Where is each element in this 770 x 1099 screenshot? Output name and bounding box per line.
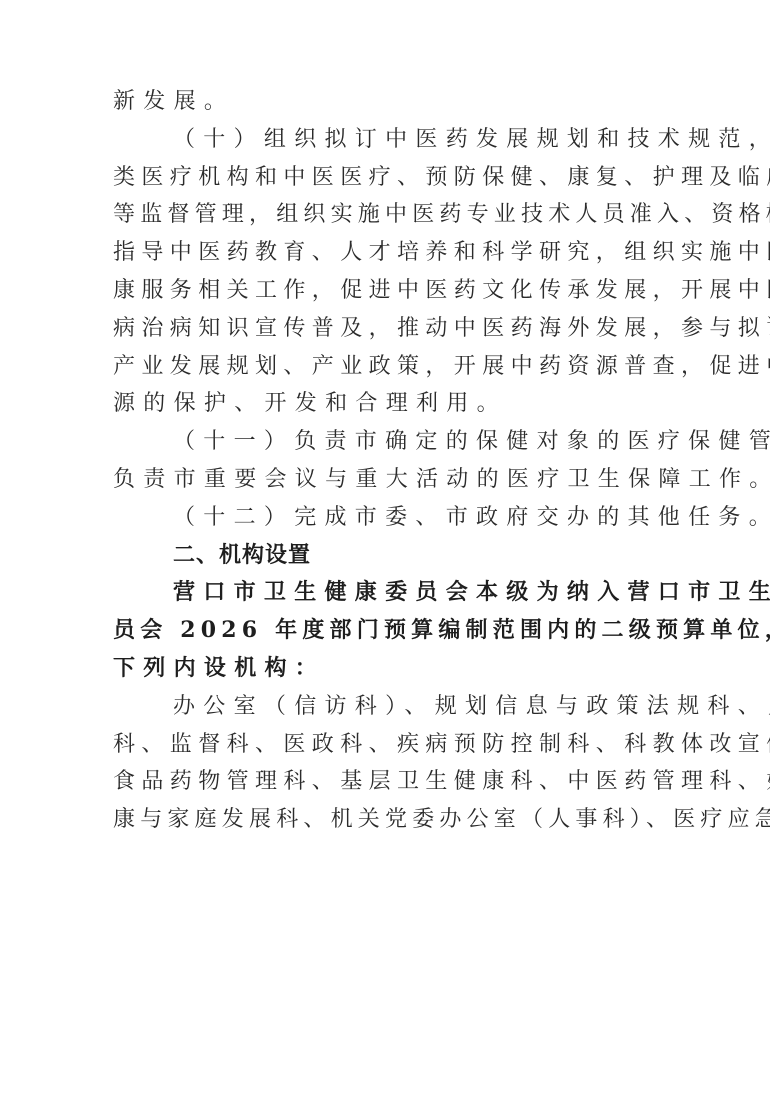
paragraph-line: 指导中医药教育、人才培养和科学研究，组织实施中医药健	[113, 234, 673, 272]
paragraph-line: 办公室（信访科）、规划信息与政策法规科、财务审计	[113, 688, 673, 726]
paragraph-line: 类医疗机构和中医医疗、预防保健、康复、护理及临床用药	[113, 159, 673, 197]
paragraph-line: 病治病知识宣传普及，推动中医药海外发展，参与拟订中药	[113, 310, 673, 348]
paragraph-line: 产业发展规划、产业政策，开展中药资源普查，促进中药资	[113, 348, 673, 386]
paragraph-line: （十二）完成市委、市政府交办的其他任务。	[113, 499, 673, 537]
paragraph-line: 食品药物管理科、基层卫生健康科、中医药管理科、妇幼健	[113, 763, 673, 801]
paragraph-line: （十一）负责市确定的保健对象的医疗保健管理工作、	[113, 423, 673, 461]
paragraph-line: 营口市卫生健康委员会本级为纳入营口市卫生健康委	[113, 574, 673, 612]
paragraph-line: 员会 2026 年度部门预算编制范围内的二级预算单位，设置	[113, 612, 673, 650]
document-page: 新发展。 （十）组织拟订中医药发展规划和技术规范，负责中医 类医疗机构和中医医疗…	[113, 83, 673, 839]
paragraph-line: 负责市重要会议与重大活动的医疗卫生保障工作。	[113, 461, 673, 499]
paragraph-line: 康服务相关工作，促进中医药文化传承发展，开展中医药防	[113, 272, 673, 310]
paragraph-line: （十）组织拟订中医药发展规划和技术规范，负责中医	[113, 121, 673, 159]
paragraph-line: 新发展。	[113, 83, 673, 121]
paragraph-line: 科、监督科、医政科、疾病预防控制科、科教体改宣传科、	[113, 726, 673, 764]
paragraph-line: 下列内设机构：	[113, 650, 673, 688]
section-heading: 二、机构设置	[113, 537, 673, 575]
paragraph-line: 等监督管理，组织实施中医药专业技术人员准入、资格标准，	[113, 196, 673, 234]
paragraph-line: 源的保护、开发和合理利用。	[113, 385, 673, 423]
paragraph-line: 康与家庭发展科、机关党委办公室（人事科）、医疗应急科。	[113, 801, 673, 839]
